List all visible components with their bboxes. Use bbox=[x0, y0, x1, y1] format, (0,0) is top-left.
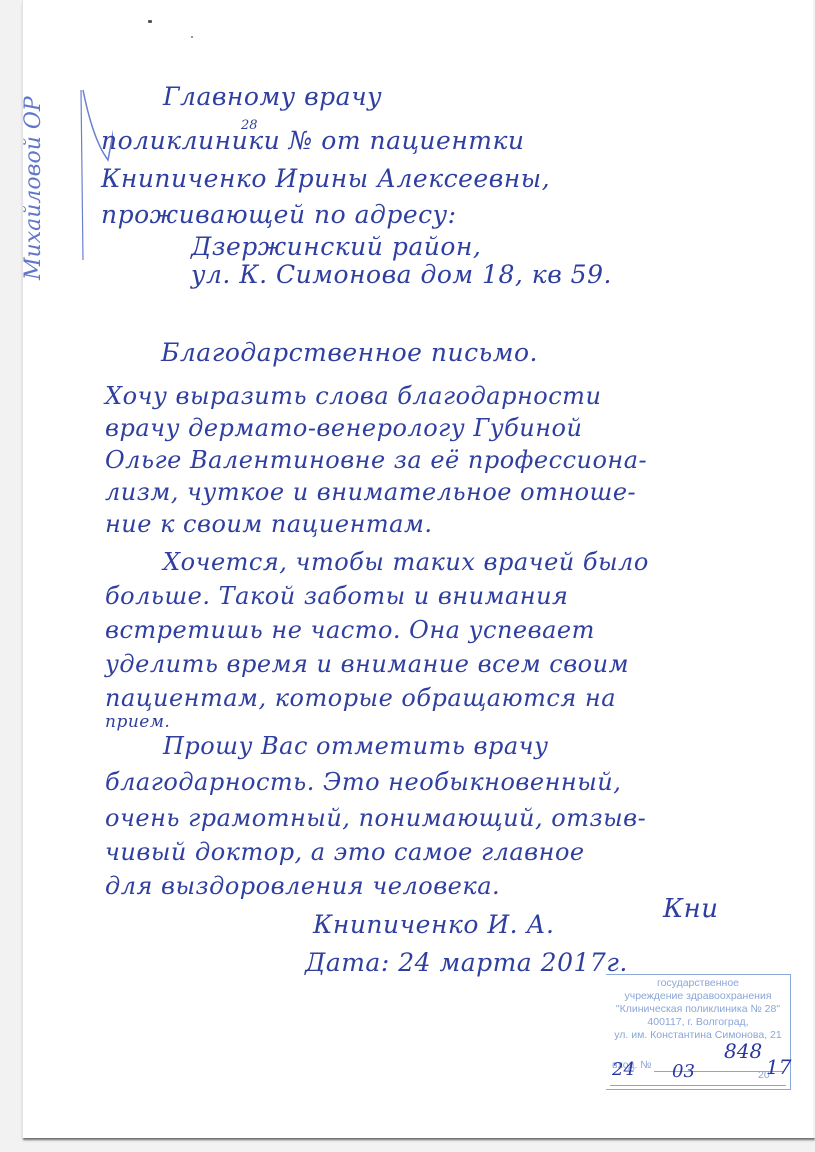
stamp-line: "Клиническая поликлиника № 28" bbox=[606, 1003, 790, 1016]
margin-resolution-note: Михайловой ОР bbox=[21, 96, 46, 280]
signature-mark: Кни bbox=[663, 894, 719, 924]
body-line: встретишь не часто. Она успевает bbox=[105, 616, 595, 644]
body-line: Хочу выразить слова благодарности bbox=[105, 382, 601, 410]
body-line: Хочется, чтобы таких врачей было bbox=[163, 548, 649, 576]
stamp-line: государственное bbox=[606, 977, 790, 990]
letter-title: Благодарственное письмо. bbox=[161, 338, 538, 367]
body-line: уделить время и внимание всем своим bbox=[105, 650, 629, 678]
header-clinic: поликлиники № от пациентки bbox=[101, 126, 525, 155]
body-line: больше. Такой заботы и внимания bbox=[105, 582, 568, 610]
letter-date: Дата: 24 марта 2017г. bbox=[305, 948, 628, 977]
stamp-line: ул. им. Константина Симонова, 21 bbox=[606, 1029, 790, 1042]
signature-name: Книпиченко И. А. bbox=[313, 910, 554, 939]
stamp-month: 03 bbox=[672, 1065, 695, 1078]
body-line: прием. bbox=[105, 712, 170, 732]
body-line: пациентам, которые обращаются на bbox=[105, 684, 616, 712]
body-line: лизм, чуткое и внимательное отноше- bbox=[105, 478, 636, 506]
header-district: Дзержинский район, bbox=[191, 232, 481, 261]
stamp-line: учреждение здравоохранения bbox=[606, 990, 790, 1003]
header-sender-name: Книпиченко Ирины Алексеевны, bbox=[101, 164, 550, 193]
scan-speck bbox=[148, 20, 152, 23]
scan-speck bbox=[191, 36, 193, 38]
body-line: очень грамотный, понимающий, отзыв- bbox=[105, 804, 646, 832]
body-line: для выздоровления человека. bbox=[105, 872, 500, 900]
stamp-date-rule bbox=[610, 1085, 786, 1086]
body-line: чивый доктор, а это самое главное bbox=[105, 838, 585, 866]
stamp-day: 24 bbox=[612, 1063, 635, 1076]
body-line: Прошу Вас отметить врачу bbox=[163, 732, 549, 760]
header-addressee: Главному врачу bbox=[163, 82, 382, 111]
stamp-line: 400117, г. Волгоград, bbox=[606, 1016, 790, 1029]
header-address: ул. К. Симонова дом 18, кв 59. bbox=[191, 260, 612, 289]
letter-page: Михайловой ОР Главному врачу 28 поликлин… bbox=[22, 0, 815, 1138]
stamp-incoming-number: 848 bbox=[724, 1045, 762, 1058]
body-line: благодарность. Это необыкновенный, bbox=[105, 768, 621, 796]
stamp-year-suffix: 17 bbox=[766, 1061, 791, 1074]
body-line: врачу дермато-венерологу Губиной bbox=[105, 414, 582, 442]
incoming-registration-stamp: государственное учреждение здравоохранен… bbox=[606, 974, 791, 1090]
body-line: Ольге Валентиновне за её профессиона- bbox=[105, 446, 647, 474]
body-line: ние к своим пациентам. bbox=[105, 510, 432, 538]
header-residence: проживающей по адресу: bbox=[101, 200, 457, 229]
